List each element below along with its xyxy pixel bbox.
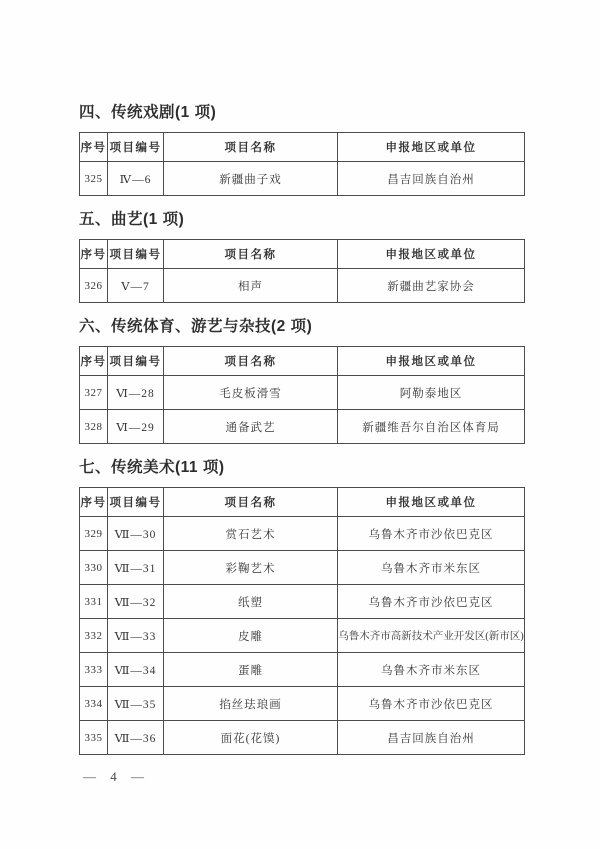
table-row: 333Ⅶ—34蛋雕乌鲁木齐市米东区 bbox=[80, 653, 525, 687]
section-title: 七、传统美术(11 项) bbox=[79, 458, 525, 478]
unit-cell: 乌鲁木齐市沙依巴克区 bbox=[338, 585, 525, 619]
page-content: 四、传统戏剧(1 项)序号项目编号项目名称申报地区或单位325Ⅳ—6新疆曲子戏昌… bbox=[79, 103, 525, 785]
unit-cell: 乌鲁木齐市米东区 bbox=[338, 653, 525, 687]
heritage-table: 序号项目编号项目名称申报地区或单位329Ⅶ—30赏石艺术乌鲁木齐市沙依巴克区33… bbox=[79, 487, 525, 755]
column-header: 项目编号 bbox=[108, 347, 164, 376]
seq-cell: 332 bbox=[80, 619, 108, 653]
column-header: 序号 bbox=[80, 488, 108, 517]
column-header: 申报地区或单位 bbox=[338, 240, 525, 269]
column-header: 项目编号 bbox=[108, 240, 164, 269]
code-cell: Ⅵ—29 bbox=[108, 410, 164, 444]
code-cell: Ⅴ—7 bbox=[108, 269, 164, 303]
code-cell: Ⅶ—36 bbox=[108, 721, 164, 755]
unit-cell: 昌吉回族自治州 bbox=[338, 162, 525, 196]
name-cell: 皮雕 bbox=[164, 619, 338, 653]
heritage-section: 四、传统戏剧(1 项)序号项目编号项目名称申报地区或单位325Ⅳ—6新疆曲子戏昌… bbox=[79, 103, 525, 196]
seq-cell: 325 bbox=[80, 162, 108, 196]
unit-cell: 阿勒泰地区 bbox=[338, 376, 525, 410]
unit-cell: 新疆曲艺家协会 bbox=[338, 269, 525, 303]
header-row: 序号项目编号项目名称申报地区或单位 bbox=[80, 133, 525, 162]
header-row: 序号项目编号项目名称申报地区或单位 bbox=[80, 488, 525, 517]
section-title: 四、传统戏剧(1 项) bbox=[79, 103, 525, 123]
heritage-table: 序号项目编号项目名称申报地区或单位325Ⅳ—6新疆曲子戏昌吉回族自治州 bbox=[79, 132, 525, 196]
seq-cell: 327 bbox=[80, 376, 108, 410]
table-row: 331Ⅶ—32纸塑乌鲁木齐市沙依巴克区 bbox=[80, 585, 525, 619]
unit-cell: 乌鲁木齐市米东区 bbox=[338, 551, 525, 585]
seq-cell: 329 bbox=[80, 517, 108, 551]
heritage-table: 序号项目编号项目名称申报地区或单位326Ⅴ—7相声新疆曲艺家协会 bbox=[79, 239, 525, 303]
unit-cell: 乌鲁木齐市沙依巴克区 bbox=[338, 687, 525, 721]
seq-cell: 333 bbox=[80, 653, 108, 687]
name-cell: 蛋雕 bbox=[164, 653, 338, 687]
column-header: 项目名称 bbox=[164, 488, 338, 517]
table-row: 330Ⅶ—31彩鞠艺术乌鲁木齐市米东区 bbox=[80, 551, 525, 585]
unit-cell: 昌吉回族自治州 bbox=[338, 721, 525, 755]
heritage-section: 七、传统美术(11 项)序号项目编号项目名称申报地区或单位329Ⅶ—30赏石艺术… bbox=[79, 458, 525, 755]
unit-cell: 乌鲁木齐市沙依巴克区 bbox=[338, 517, 525, 551]
column-header: 序号 bbox=[80, 347, 108, 376]
code-cell: Ⅶ—32 bbox=[108, 585, 164, 619]
seq-cell: 331 bbox=[80, 585, 108, 619]
section-title: 六、传统体育、游艺与杂技(2 项) bbox=[79, 317, 525, 337]
name-cell: 掐丝珐琅画 bbox=[164, 687, 338, 721]
table-row: 326Ⅴ—7相声新疆曲艺家协会 bbox=[80, 269, 525, 303]
name-cell: 纸塑 bbox=[164, 585, 338, 619]
code-cell: Ⅵ—28 bbox=[108, 376, 164, 410]
column-header: 序号 bbox=[80, 133, 108, 162]
code-cell: Ⅳ—6 bbox=[108, 162, 164, 196]
column-header: 项目编号 bbox=[108, 488, 164, 517]
section-title: 五、曲艺(1 项) bbox=[79, 210, 525, 230]
unit-cell: 乌鲁木齐市高新技术产业开发区(新市区) bbox=[338, 619, 525, 653]
table-row: 327Ⅵ—28毛皮板滑雪阿勒泰地区 bbox=[80, 376, 525, 410]
name-cell: 通备武艺 bbox=[164, 410, 338, 444]
column-header: 序号 bbox=[80, 240, 108, 269]
name-cell: 赏石艺术 bbox=[164, 517, 338, 551]
seq-cell: 326 bbox=[80, 269, 108, 303]
seq-cell: 328 bbox=[80, 410, 108, 444]
heritage-table: 序号项目编号项目名称申报地区或单位327Ⅵ—28毛皮板滑雪阿勒泰地区328Ⅵ—2… bbox=[79, 346, 525, 444]
name-cell: 新疆曲子戏 bbox=[164, 162, 338, 196]
name-cell: 彩鞠艺术 bbox=[164, 551, 338, 585]
table-row: 325Ⅳ—6新疆曲子戏昌吉回族自治州 bbox=[80, 162, 525, 196]
column-header: 项目编号 bbox=[108, 133, 164, 162]
table-row: 334Ⅶ—35掐丝珐琅画乌鲁木齐市沙依巴克区 bbox=[80, 687, 525, 721]
code-cell: Ⅶ—31 bbox=[108, 551, 164, 585]
name-cell: 毛皮板滑雪 bbox=[164, 376, 338, 410]
code-cell: Ⅶ—34 bbox=[108, 653, 164, 687]
column-header: 项目名称 bbox=[164, 240, 338, 269]
seq-cell: 330 bbox=[80, 551, 108, 585]
table-row: 329Ⅶ—30赏石艺术乌鲁木齐市沙依巴克区 bbox=[80, 517, 525, 551]
header-row: 序号项目编号项目名称申报地区或单位 bbox=[80, 347, 525, 376]
column-header: 申报地区或单位 bbox=[338, 133, 525, 162]
column-header: 项目名称 bbox=[164, 347, 338, 376]
page-footer: — 4 — bbox=[79, 769, 525, 785]
code-cell: Ⅶ—33 bbox=[108, 619, 164, 653]
sections-container: 四、传统戏剧(1 项)序号项目编号项目名称申报地区或单位325Ⅳ—6新疆曲子戏昌… bbox=[79, 103, 525, 755]
document-page: 四、传统戏剧(1 项)序号项目编号项目名称申报地区或单位325Ⅳ—6新疆曲子戏昌… bbox=[0, 0, 600, 849]
column-header: 项目名称 bbox=[164, 133, 338, 162]
code-cell: Ⅶ—30 bbox=[108, 517, 164, 551]
name-cell: 面花(花馍) bbox=[164, 721, 338, 755]
column-header: 申报地区或单位 bbox=[338, 488, 525, 517]
table-row: 332Ⅶ—33皮雕乌鲁木齐市高新技术产业开发区(新市区) bbox=[80, 619, 525, 653]
seq-cell: 335 bbox=[80, 721, 108, 755]
name-cell: 相声 bbox=[164, 269, 338, 303]
page-number: — 4 — bbox=[83, 769, 145, 784]
header-row: 序号项目编号项目名称申报地区或单位 bbox=[80, 240, 525, 269]
heritage-section: 六、传统体育、游艺与杂技(2 项)序号项目编号项目名称申报地区或单位327Ⅵ—2… bbox=[79, 317, 525, 444]
code-cell: Ⅶ—35 bbox=[108, 687, 164, 721]
heritage-section: 五、曲艺(1 项)序号项目编号项目名称申报地区或单位326Ⅴ—7相声新疆曲艺家协… bbox=[79, 210, 525, 303]
column-header: 申报地区或单位 bbox=[338, 347, 525, 376]
table-row: 328Ⅵ—29通备武艺新疆维吾尔自治区体育局 bbox=[80, 410, 525, 444]
seq-cell: 334 bbox=[80, 687, 108, 721]
unit-cell: 新疆维吾尔自治区体育局 bbox=[338, 410, 525, 444]
table-row: 335Ⅶ—36面花(花馍)昌吉回族自治州 bbox=[80, 721, 525, 755]
